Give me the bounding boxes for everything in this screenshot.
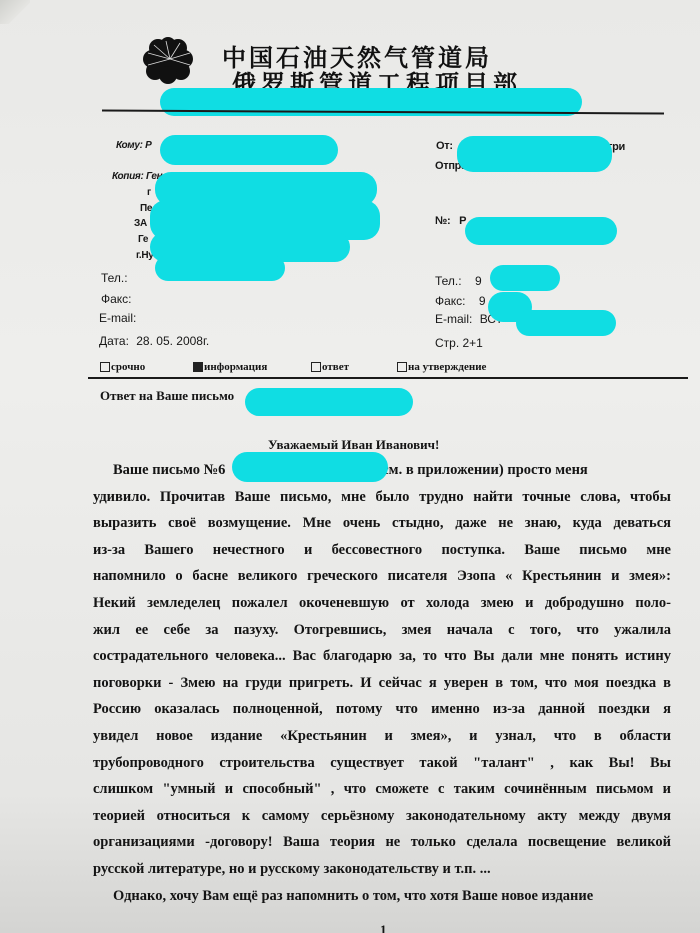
body-line: жил ее себе за пазуху. Отогревшись, змея… [93, 617, 671, 644]
checkbox-approval[interactable]: на утверждение [397, 361, 486, 373]
checkbox-reply[interactable]: ответ [311, 361, 349, 373]
from-phone-label-text: Тел.: [435, 274, 462, 288]
body-line: русской литературе, но и русскому законо… [93, 856, 671, 883]
body-line: теорией относиться к самому серьёзному з… [93, 803, 671, 830]
checkbox-approval-label: на утверждение [408, 361, 486, 373]
redaction-number [465, 217, 617, 245]
to-email-label: E-mail: [99, 311, 136, 325]
body-line: Некий земледелец пожалел окоченевшую от … [93, 590, 671, 617]
greeting: Уважаемый Иван Иванович! [268, 437, 439, 453]
redaction-copy-4 [155, 255, 285, 281]
to-phone-label: Тел.: [101, 271, 128, 285]
body-line: организациями -договору! Ваша теория не … [93, 829, 671, 856]
checkbox-urgent[interactable]: срочно [100, 361, 145, 373]
checkbox-information-label: информация [204, 361, 267, 373]
body-line: напомнило о басне великого греческого пи… [93, 563, 671, 590]
page-number: 1 [380, 922, 387, 933]
body-line: увидел новое издание «Крестьянин и змея»… [93, 723, 671, 750]
from-label: От: [436, 140, 453, 152]
checkbox-reply-box[interactable] [311, 362, 321, 372]
copy-label: Копия: Ген [112, 171, 162, 182]
from-fax-label: Факс: 9 [435, 294, 486, 308]
body-line: сострадательного человека... Вас благода… [93, 643, 671, 670]
checkbox-urgent-box[interactable] [100, 362, 110, 372]
to-fax-label: Факс: [101, 292, 132, 306]
body-line: слишком "умный и способный" , что сможет… [93, 776, 671, 803]
date-label: Дата: 28. 05. 2008г. [99, 334, 209, 348]
pages-label: Стр. 2+1 [435, 336, 483, 350]
from-fax-label-text: Факс: [435, 294, 466, 308]
body-line: трубопроводного строительства существует… [93, 750, 671, 777]
from-fax-value: 9 [479, 294, 486, 308]
scanned-letter-page: 中国石油天然气管道局 俄罗斯管道工程项目部 Кому: Р Копия: Ген… [0, 0, 700, 933]
copy-line-3: ЗА [134, 218, 147, 229]
body-line: поговорки - Змею на груди пригреть. И се… [93, 670, 671, 697]
redaction-phone [490, 265, 560, 291]
checkbox-information[interactable]: информация [193, 361, 267, 373]
cnpc-logo-icon [140, 37, 196, 85]
checkbox-information-box[interactable] [193, 362, 203, 372]
number-label-text: №: [435, 215, 450, 227]
from-phone-value: 9 [475, 274, 482, 288]
body-line-end: (см. в приложении) просто меня [377, 462, 587, 478]
copy-line-4: Ге [138, 234, 148, 245]
checkbox-reply-label: ответ [322, 361, 349, 373]
body-line: из-за Вашего нечестного и бессовестного … [93, 537, 671, 564]
body-line: Россию оказалась полноценной, потому что… [93, 696, 671, 723]
redaction-recipient [160, 135, 338, 165]
redaction-letter-number [232, 452, 388, 482]
reply-subject: Ответ на Ваше письмо [100, 388, 234, 404]
to-label: Кому: Р [116, 140, 152, 151]
number-label: №: Р [435, 215, 466, 227]
redaction-reply-ref [245, 388, 413, 416]
letter-body: Ваше письмо №6(см. в приложении) просто … [93, 457, 671, 909]
checkbox-approval-box[interactable] [397, 362, 407, 372]
checkbox-divider [88, 377, 688, 379]
checkbox-urgent-label: срочно [111, 361, 145, 373]
body-line-start: Ваше письмо №6 [113, 462, 225, 478]
date-value: 28. 05. 2008г. [136, 334, 209, 348]
date-label-text: Дата: [99, 334, 129, 348]
redaction-email [516, 310, 616, 336]
from-phone-label: Тел.: 9 [435, 274, 482, 288]
body-line: выразить своё возмущение. Мне очень стыд… [93, 510, 671, 537]
redaction-sender [457, 136, 612, 172]
from-email-label-text: E-mail: [435, 312, 472, 326]
body-line: Однако, хочу Вам ещё раз напомнить о том… [93, 883, 671, 910]
page-fold [0, 0, 30, 24]
body-line: удивило. Прочитав Ваше письмо, мне было … [93, 484, 671, 511]
copy-line-1: г [147, 187, 151, 198]
